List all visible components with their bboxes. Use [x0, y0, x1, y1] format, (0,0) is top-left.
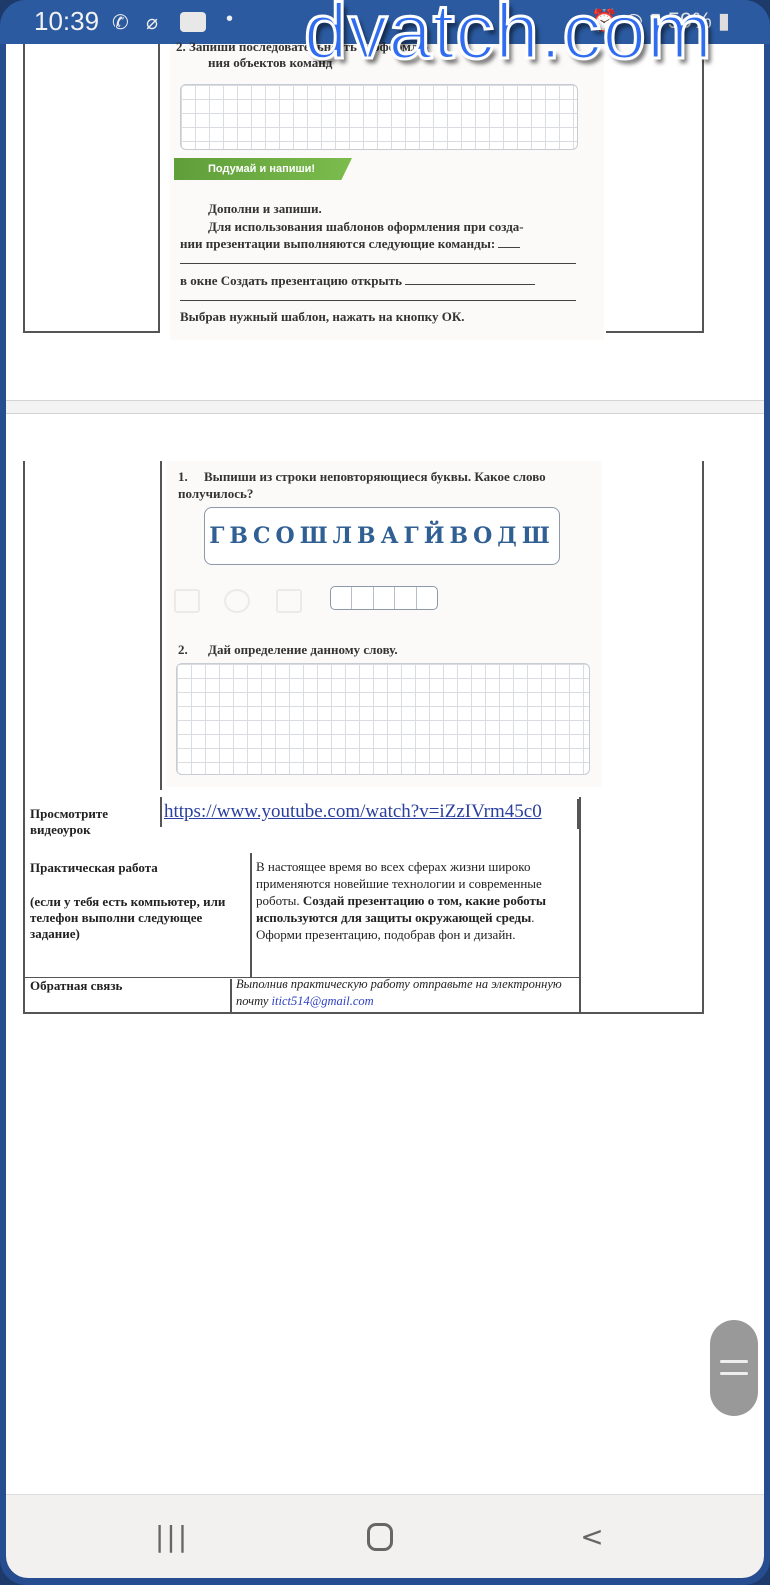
blank-2[interactable]: [180, 263, 576, 264]
handle-line-icon: [720, 1360, 748, 1363]
fill-p3-suffix: открыть: [348, 273, 402, 288]
home-icon: [367, 1523, 393, 1551]
task1-text: Выпиши из строки неповторяющиеся буквы. …: [178, 469, 546, 501]
feedback-email[interactable]: itict514@gmail.com: [272, 994, 374, 1008]
battery-icon: ▮: [718, 8, 730, 33]
answer-cell[interactable]: [352, 587, 373, 609]
answer-grid-1: [180, 84, 578, 150]
status-time: 10:39: [34, 6, 99, 37]
phone-frame: 10:39 ✆ ⌀ • ⏰ ◠ ▮ 59% ▮ dvatch.com 2. За…: [0, 0, 770, 1585]
col-divider-2: [160, 797, 162, 827]
link-icon: ⌀: [146, 10, 158, 35]
think-and-write-banner: Подумай и напиши!: [174, 158, 352, 180]
fill-paragraph-2-text: нии презентации выполняются следующие ко…: [180, 236, 495, 251]
answer-grid-2: [176, 663, 590, 775]
video-link[interactable]: https://www.youtube.com/watch?v=iZzIVrm4…: [164, 801, 542, 823]
answer-cell[interactable]: [374, 587, 395, 609]
row-feedback-text: Выполнив практическую работу отправьте н…: [236, 976, 566, 1010]
handle-line-icon: [720, 1372, 748, 1375]
col-divider-5: [230, 979, 232, 1012]
faint-save-icon: [276, 589, 302, 613]
page-separator: [6, 400, 764, 414]
link-cell-border: [577, 799, 579, 829]
col-divider-3: [579, 797, 581, 1012]
table-cell-right: [606, 44, 704, 333]
page-2: 1.Выпиши из строки неповторяющиеся буквы…: [6, 414, 764, 1494]
dot-icon: •: [226, 8, 233, 31]
navigation-bar: ||| <: [6, 1494, 764, 1578]
table-cell-left: [23, 44, 160, 333]
back-button[interactable]: <: [562, 1517, 622, 1557]
whatsapp-icon: ✆: [112, 10, 129, 35]
task1-number: 1.: [178, 468, 204, 485]
fill-title: Дополни и запиши.: [208, 200, 322, 217]
task2-number: 2.: [178, 641, 208, 658]
row-feedback-label: Обратная связь: [30, 978, 210, 994]
faint-window-icon: [174, 589, 200, 613]
col-divider-1: [160, 461, 162, 790]
row-practical-label: Практическая работа: [30, 860, 240, 876]
answer-cell[interactable]: [331, 587, 352, 609]
row-video-label: Просмотрите видеоурок: [30, 806, 150, 838]
scroll-handle[interactable]: [710, 1320, 758, 1416]
fill-paragraph-3: в окне Создать презентацию открыть: [180, 272, 535, 289]
practical-task: Создай презентацию о том, какие роботы и…: [256, 893, 546, 925]
textbook-scan-1: 2. Запиши последовательность ... оформле…: [170, 44, 604, 340]
fill-paragraph-4: Выбрав нужный шаблон, нажать на кнопку О…: [180, 308, 465, 325]
row-practical-sublabel: (если у тебя есть компьютер, или телефон…: [30, 894, 240, 942]
task2: 2.Дай определение данному слову.: [178, 641, 398, 658]
fill-p3-bold: Создать презентацию: [221, 273, 348, 288]
page-1: 2. Запиши последовательность ... оформле…: [6, 44, 764, 400]
col-divider-4: [250, 853, 252, 977]
answer-cell[interactable]: [417, 587, 437, 609]
textbook-scan-2: 1.Выпиши из строки неповторяющиеся буквы…: [166, 461, 602, 787]
fill-paragraph-1: Для использования шаблонов оформления пр…: [208, 218, 524, 235]
home-button[interactable]: [350, 1517, 410, 1557]
answer-cell[interactable]: [395, 587, 416, 609]
document-viewer[interactable]: 2. Запиши последовательность ... оформле…: [6, 44, 764, 1494]
task2-text: Дай определение данному слову.: [208, 642, 398, 657]
youtube-icon: [180, 12, 206, 32]
row-practical-text: В настоящее время во всех сферах жизни ш…: [256, 858, 576, 943]
fill-paragraph-2: нии презентации выполняются следующие ко…: [180, 235, 520, 252]
task1: 1.Выпиши из строки неповторяющиеся буквы…: [178, 468, 588, 502]
blank-1[interactable]: [498, 236, 520, 248]
letter-string-box: ГВСОШЛВАГЙВОДШ: [204, 507, 560, 565]
answer-cells[interactable]: [330, 586, 438, 610]
blank-3[interactable]: [405, 273, 535, 285]
recents-button[interactable]: |||: [142, 1517, 202, 1557]
watermark: dvatch.com: [304, 0, 713, 70]
fill-p3-prefix: в окне: [180, 273, 221, 288]
blank-4[interactable]: [180, 300, 576, 301]
faint-sound-icon: [224, 589, 250, 613]
